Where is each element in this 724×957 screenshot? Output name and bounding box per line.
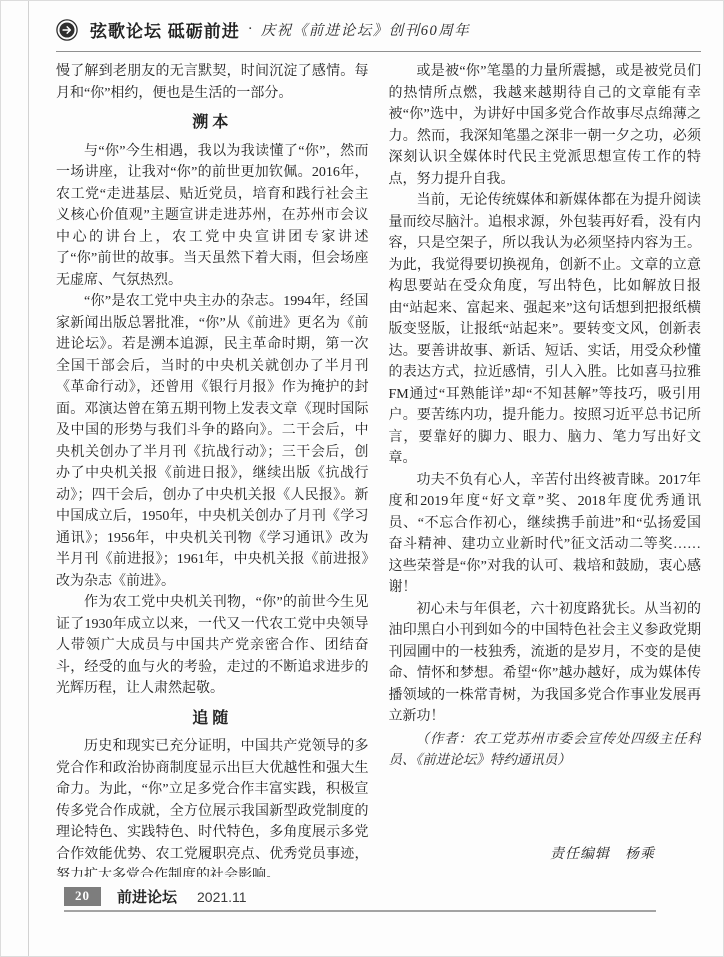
issue-number: 2021.11: [197, 889, 247, 905]
forward-arrow-circle-icon: [56, 19, 78, 41]
body-paragraph: 或是被“你”笔墨的力量所震撼，或是被党员们的热情所点燃，我越来越期待自己的文章能…: [389, 61, 702, 190]
right-column: 或是被“你”笔墨的力量所震撼，或是被党员们的热情所点燃，我越来越期待自己的文章能…: [389, 61, 702, 877]
editor-credit: 责任编辑 杨乘: [389, 844, 702, 866]
page-footer: 20 前进论坛 2021.11: [64, 886, 656, 912]
left-column: 慢了解到老朋友的无言默契，时间沉淀了感情。每月和“你”相约，便也是生活的一部分。…: [56, 61, 369, 877]
section-heading: 追随: [56, 708, 369, 730]
body-paragraph: 功夫不负有心人，辛苦付出终被青睐。2017年度和2019年度“好文章”奖、201…: [389, 470, 702, 599]
section-heading: 溯本: [56, 112, 369, 134]
author-note: （作者：农工党苏州市委会宣传处四级主任科员、《前进论坛》特约通讯员）: [389, 728, 702, 771]
column-title: 弦歌论坛 砥砺前进: [90, 17, 240, 42]
body-paragraph: 作为农工党中央机关刊物，“你”的前世今生见证了1930年成立以来，一代又一代农工…: [56, 592, 369, 700]
body-paragraph: 初心未与年俱老，六十初度路犹长。从当初的油印黑白小刊到如今的中国特色社会主义参政…: [389, 599, 702, 728]
article-body: 慢了解到老朋友的无言默契，时间沉淀了感情。每月和“你”相约，便也是生活的一部分。…: [56, 61, 701, 877]
header-separator: ·: [248, 21, 253, 38]
body-paragraph: 历史和现实已充分证明，中国共产党领导的多党合作和政治协商制度显示出巨大优越性和强…: [56, 736, 369, 877]
body-paragraph-continued: 慢了解到老朋友的无言默契，时间沉淀了感情。每月和“你”相约，便也是生活的一部分。: [56, 61, 369, 104]
body-paragraph: 当前，无论传统媒体和新媒体都在为提升阅读量而绞尽脑汁。追根求源，外包装再好看，没…: [389, 190, 702, 470]
body-paragraph: “你”是农工党中央主办的杂志。1994年，经国家新闻出版总署批准，“你”从《前进…: [56, 291, 369, 592]
page-content: 弦歌论坛 砥砺前进 · 庆祝《前进论坛》创刊60周年 慢了解到老朋友的无言默契，…: [56, 1, 701, 877]
journal-name: 前进论坛: [117, 886, 177, 907]
magazine-page: 弦歌论坛 砥砺前进 · 庆祝《前进论坛》创刊60周年 慢了解到老朋友的无言默契，…: [0, 0, 724, 957]
page-header: 弦歌论坛 砥砺前进 · 庆祝《前进论坛》创刊60周年: [56, 1, 701, 52]
header-subtitle: 庆祝《前进论坛》创刊60周年: [261, 19, 471, 40]
body-paragraph: 与“你”今生相遇，我以为我读懂了“你”，然而一场讲座，让我对“你”的前世更加钦佩…: [56, 141, 369, 292]
scan-edge-line: [28, 1, 29, 956]
page-number-badge: 20: [64, 887, 101, 906]
